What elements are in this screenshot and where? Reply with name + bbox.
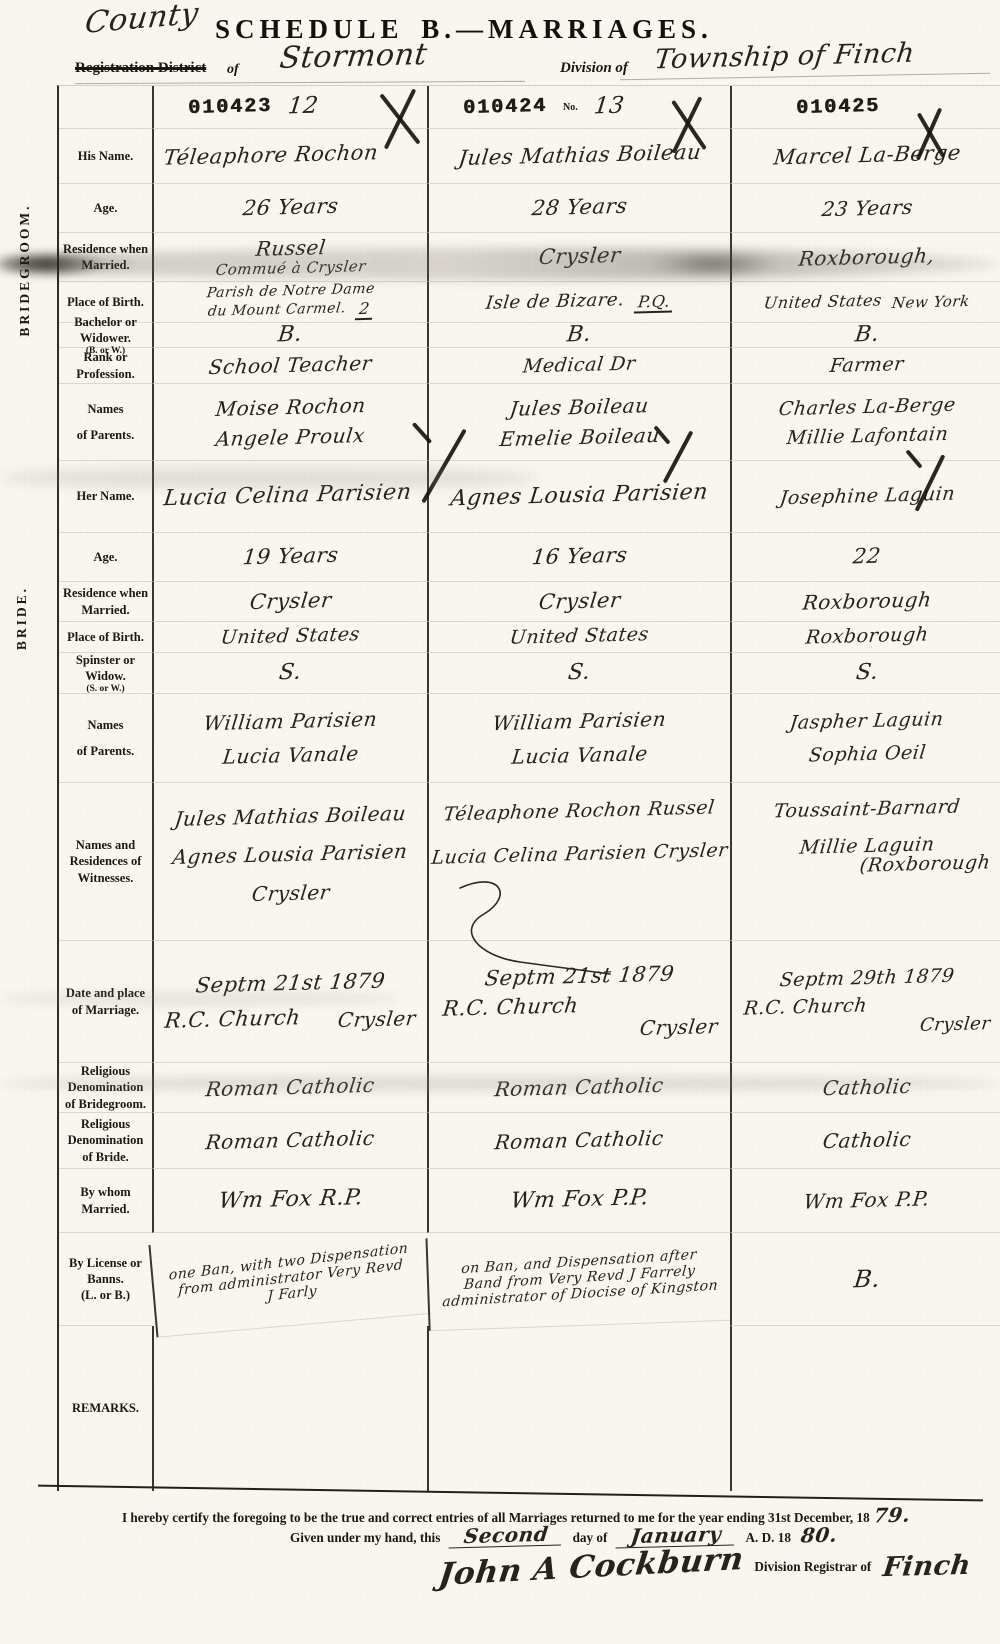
label-license-note: (L. or B.) — [78, 1287, 133, 1303]
bridegroom-group-label: BRIDEGROOM. — [17, 185, 33, 355]
groom-name: Téleaphore Rochon — [162, 141, 379, 170]
bride-group-label: BRIDE. — [14, 572, 30, 664]
record-1-denom-bride-cell: Roman Catholic — [152, 1113, 427, 1169]
day-of-label: day of — [573, 1530, 608, 1546]
groom-age: 23 Years — [820, 196, 914, 221]
record-3-groom-name-cell: Marcel La-Berge — [730, 129, 1000, 184]
registrar-signature: John A Cockburn — [437, 1542, 746, 1592]
ad-year-handwritten: 80. — [800, 1524, 839, 1547]
record-3-bride-residence-cell: Roxborough — [730, 582, 1000, 622]
marriage-church: R.C. Church — [743, 996, 869, 1020]
record-3-date-place-cell: Septm 29th 1879 R.C. Church Crysler — [730, 941, 1000, 1063]
ad-label: A. D. 18 — [746, 1530, 791, 1546]
record-1-groom-status-cell: B. — [152, 323, 427, 348]
license-text: J Farly — [267, 1284, 317, 1305]
record-3-number-cell: 010425 — [730, 86, 1000, 129]
registrar-division-handwritten: Finch — [881, 1551, 972, 1584]
officiant: Wm Fox P.P. — [509, 1186, 650, 1214]
record-3-remarks-cell — [730, 1326, 1000, 1491]
groom-status: B. — [566, 322, 593, 347]
witness: Toussaint-Barnard — [773, 797, 962, 823]
denomination-groom: Roman Catholic — [494, 1074, 666, 1101]
marriage-place: Crysler — [639, 1015, 720, 1039]
bride-status: S. — [278, 660, 303, 685]
bride-parent: Lucia Vanale — [510, 742, 649, 768]
label-bride-birthplace: Place of Birth. — [64, 629, 147, 645]
label-remarks: REMARKS. — [69, 1400, 142, 1416]
groom-residence: Crysler — [537, 244, 621, 270]
denomination-bride: Roman Catholic — [494, 1127, 666, 1154]
record-2-groom-rank-cell: Medical Dr — [427, 348, 730, 384]
denomination-groom: Roman Catholic — [205, 1074, 377, 1101]
record-1-groom-rank-cell: School Teacher — [152, 348, 427, 384]
marriage-place: Crysler — [918, 1014, 991, 1036]
groom-birthplace-note: P.Q. — [633, 292, 673, 313]
record-3-by-whom-cell: Wm Fox P.P. — [730, 1169, 1000, 1233]
groom-name: Marcel La-Berge — [772, 142, 962, 170]
record-2-license-cell: on Ban, and Dispensation after Band from… — [425, 1228, 731, 1332]
label-of-parents: of Parents. — [74, 743, 137, 759]
groom-status: B. — [853, 323, 880, 348]
record-1-remarks-cell — [152, 1326, 427, 1491]
record-3-stamp: 010425 — [796, 94, 881, 119]
label-bride-residence: Residence when Married. — [59, 585, 152, 618]
license-text: B. — [852, 1265, 881, 1293]
record-3-bride-birthplace-cell: Roxborough — [730, 622, 1000, 653]
witness: (Roxborough — [858, 852, 991, 877]
bride-birthplace: United States — [509, 625, 650, 650]
record-2-bride-age-cell: 16 Years — [427, 533, 730, 582]
record-1-license-cell: one Ban, with two Dispensation from admi… — [148, 1221, 430, 1338]
witness: Crysler — [250, 881, 331, 905]
groom-parent: Angele Proulx — [215, 424, 367, 450]
record-1-number-cell: 010423 12 — [152, 86, 427, 129]
record-1-bride-status-cell: S. — [152, 653, 427, 694]
record-3-groom-rank-cell: Farmer — [730, 348, 1000, 384]
registrar-label: Division Registrar of — [754, 1559, 871, 1575]
label-of-parents: of Parents. — [74, 427, 137, 443]
denomination-bride: Catholic — [821, 1128, 912, 1153]
record-3-bride-age-cell: 22 — [730, 533, 1000, 582]
record-2-bride-name-cell: Agnes Lousia Parisien — [427, 461, 730, 533]
record-1-stamp: 010423 — [188, 94, 273, 119]
record-2-bride-birthplace-cell: United States — [427, 622, 730, 653]
signature-line: John A Cockburn Division Registrar of Fi… — [440, 1550, 971, 1585]
label-parents-names: Names — [84, 401, 126, 417]
groom-name: Jules Mathias Boileau — [457, 141, 702, 171]
marriage-date: Septm 29th 1879 — [778, 966, 955, 992]
marriage-church: R.C. Church — [441, 995, 579, 1022]
groom-residence: Roxborough, — [798, 244, 936, 270]
groom-parent: Emelie Boileau — [498, 424, 661, 451]
label-spinster-note: (S. or W.) — [86, 684, 124, 694]
record-3-denom-bride-cell: Catholic — [730, 1113, 1000, 1169]
record-3-bride-name-cell: Josephine Laguin — [730, 461, 1000, 533]
record-2-remarks-cell — [427, 1326, 730, 1491]
groom-residence: Russel — [254, 236, 326, 260]
header-line2: Registration District of Stormont Divisi… — [75, 52, 1000, 86]
record-1-groom-age-cell: 26 Years — [152, 184, 427, 233]
groom-birthplace: du Mount Carmel. — [207, 301, 347, 320]
marriage-schedule-table: 010423 12 010424 No. 13 010425 His Name.… — [57, 85, 1000, 1491]
groom-birthplace: Isle de Bizare. — [485, 290, 626, 314]
bride-status: S. — [567, 660, 592, 685]
record-2-groom-age-cell: 28 Years — [427, 184, 730, 233]
bride-birthplace: United States — [220, 625, 361, 650]
marriage-date: Septm 21st 1879 — [483, 962, 675, 990]
record-1-groom-name-cell: Téleaphore Rochon — [152, 129, 427, 184]
record-1-groom-birthplace-cell: Parish de Notre Dame du Mount Carmel. 2 — [152, 282, 427, 323]
record-1-bride-age-cell: 19 Years — [152, 533, 427, 582]
label-parents-names: Names — [84, 717, 126, 733]
registration-district-label: Registration District — [75, 60, 206, 77]
groom-rank: Farmer — [829, 354, 905, 377]
groom-birthplace: United States — [763, 292, 883, 313]
given-line: Given under my hand, this Second day of … — [290, 1524, 837, 1547]
officiant: Wm Fox P.P. — [803, 1188, 931, 1214]
record-2-groom-status-cell: B. — [427, 323, 730, 348]
label-rank: Rank or Profession. — [59, 349, 152, 382]
record-1-bride-name-cell: Lucia Celina Parisien — [152, 461, 427, 533]
record-3-groom-status-cell: B. — [730, 323, 1000, 348]
record-1-witnesses-cell: Jules Mathias Boileau Agnes Lousia Paris… — [152, 783, 427, 941]
denomination-groom: Catholic — [821, 1075, 912, 1100]
record-2-groom-name-cell: Jules Mathias Boileau — [427, 129, 730, 184]
record-3-bride-parents-cell: Jaspher Laguin Sophia Oeil — [730, 694, 1000, 783]
marriage-church: R.C. Church — [163, 1006, 301, 1033]
bride-parent: William Parisien — [491, 707, 667, 734]
certify-year-handwritten: 79. — [872, 1504, 911, 1527]
label-bachelor: Bachelor or Widower. — [59, 314, 152, 347]
record-3-groom-age-cell: 23 Years — [730, 184, 1000, 233]
label-spinster: Spinster or Widow. — [59, 652, 152, 685]
record-1-groom-parents-cell: Moise Rochon Angele Proulx — [152, 384, 427, 461]
denomination-bride: Roman Catholic — [205, 1127, 377, 1154]
witness: Agnes Lousia Parisien — [172, 840, 409, 869]
record-1-date-place-cell: Septm 21st 1879 R.C. Church Crysler — [152, 941, 427, 1063]
bride-parent: Lucia Vanale — [221, 742, 360, 768]
bride-residence: Roxborough — [801, 589, 932, 615]
record-1-bride-birthplace-cell: United States — [152, 622, 427, 653]
marriage-date: Septm 21st 1879 — [194, 970, 386, 998]
record-3-bride-status-cell: S. — [730, 653, 1000, 694]
record-2-entry-number: 13 — [592, 94, 625, 121]
record-2-bride-parents-cell: William Parisien Lucia Vanale — [427, 694, 730, 783]
record-2-denom-bride-cell: Roman Catholic — [427, 1113, 730, 1169]
witness: Téleaphone Rochon Russel — [443, 797, 716, 825]
record-1-groom-residence-cell: Russel Commué à Crysler — [152, 233, 427, 282]
bride-name: Lucia Celina Parisien — [162, 481, 413, 512]
record-2-bride-status-cell: S. — [427, 653, 730, 694]
bride-status: S. — [854, 660, 879, 685]
groom-birthplace-note: 2 — [355, 300, 374, 320]
groom-rank: Medical Dr — [522, 353, 637, 377]
record-2-bride-residence-cell: Crysler — [427, 582, 730, 622]
label-license: By License or Banns. — [59, 1255, 152, 1288]
groom-age: 26 Years — [241, 195, 339, 221]
label-groom-age: Age. — [91, 200, 121, 216]
bride-birthplace: Roxborough — [804, 625, 929, 649]
county-handwritten: County — [83, 0, 201, 40]
groom-age: 28 Years — [530, 195, 628, 221]
bride-parent: Sophia Oeil — [807, 742, 927, 766]
document-page: County SCHEDULE B.—MARRIAGES. Registrati… — [0, 0, 1000, 1644]
record-2-denom-groom-cell: Roman Catholic — [427, 1063, 730, 1113]
marriage-place: Crysler — [337, 1006, 418, 1030]
given-day-handwritten: Second — [449, 1523, 564, 1549]
label-his-name: His Name. — [75, 148, 137, 164]
label-groom-residence: Residence when Married. — [59, 241, 152, 274]
officiant: Wm Fox R.P. — [217, 1186, 364, 1214]
witness: Jules Mathias Boileau — [173, 802, 407, 830]
label-empty — [59, 86, 152, 129]
groom-status: B. — [277, 322, 304, 347]
record-1-bride-residence-cell: Crysler — [152, 582, 427, 622]
division-label: Division of — [560, 60, 628, 77]
record-3-witnesses-cell: Toussaint-Barnard Millie Laguin (Roxboro… — [730, 783, 1000, 941]
of-label: of — [227, 62, 239, 78]
label-her-name: Her Name. — [73, 488, 137, 504]
witness: Lucia Celina Parisien Crysler — [430, 840, 729, 869]
bride-name: Agnes Lousia Parisien — [449, 481, 709, 512]
record-2-by-whom-cell: Wm Fox P.P. — [427, 1169, 730, 1233]
record-2-groom-parents-cell: Jules Boileau Emelie Boileau — [427, 384, 730, 461]
bride-residence: Crysler — [248, 589, 332, 615]
record-3-license-cell: B. — [730, 1233, 1000, 1326]
record-3-groom-residence-cell: Roxborough, — [730, 233, 1000, 282]
record-3-denom-groom-cell: Catholic — [730, 1063, 1000, 1113]
record-1-bride-parents-cell: William Parisien Lucia Vanale — [152, 694, 427, 783]
record-2-groom-residence-cell: Crysler — [427, 233, 730, 282]
record-1-denom-groom-cell: Roman Catholic — [152, 1063, 427, 1113]
record-2-witnesses-cell: Téleaphone Rochon Russel Lucia Celina Pa… — [427, 783, 730, 941]
record-1-entry-number: 12 — [286, 94, 319, 121]
record-2-date-place-cell: Septm 21st 1879 R.C. Church Crysler — [427, 941, 730, 1063]
bride-residence: Crysler — [537, 589, 621, 615]
label-by-whom: By whom Married. — [59, 1184, 152, 1217]
label-groom-birthplace: Place of Birth. — [64, 294, 147, 310]
district-value: Stormont — [278, 38, 429, 75]
groom-parent: Jules Boileau — [509, 394, 650, 420]
bride-parent: William Parisien — [202, 707, 378, 734]
record-3-groom-birthplace-cell: United States New York — [730, 282, 1000, 323]
bride-parent: Jaspher Laguin — [789, 709, 945, 734]
record-2-no-label: No. — [563, 102, 578, 113]
bride-age: 19 Years — [241, 544, 339, 570]
label-denom-groom: Religious Denomination of Bridegroom. — [59, 1063, 152, 1112]
groom-parent: Moise Rochon — [214, 394, 367, 420]
given-text: Given under my hand, this — [290, 1530, 440, 1546]
bride-age: 16 Years — [530, 544, 628, 570]
record-2-groom-birthplace-cell: Isle de Bizare. P.Q. — [427, 282, 730, 323]
groom-residence: Commué à Crysler — [214, 258, 366, 279]
record-3-groom-parents-cell: Charles La-Berge Millie Lafontain — [730, 384, 1000, 461]
label-date-place: Date and place of Marriage. — [59, 985, 152, 1018]
groom-birthplace: New York — [891, 293, 971, 312]
groom-rank: School Teacher — [208, 352, 374, 379]
bride-age: 22 — [852, 545, 883, 569]
groom-parent: Millie Lafontain — [785, 424, 949, 449]
label-witnesses: Names and Residences of Witnesses. — [59, 837, 152, 886]
record-2-stamp: 010424 — [463, 94, 548, 119]
label-bride-age: Age. — [91, 549, 121, 565]
groom-parent: Charles La-Berge — [777, 394, 956, 420]
division-value: Township of Finch — [653, 39, 916, 76]
label-denom-bride: Religious Denomination of Bride. — [59, 1116, 152, 1165]
